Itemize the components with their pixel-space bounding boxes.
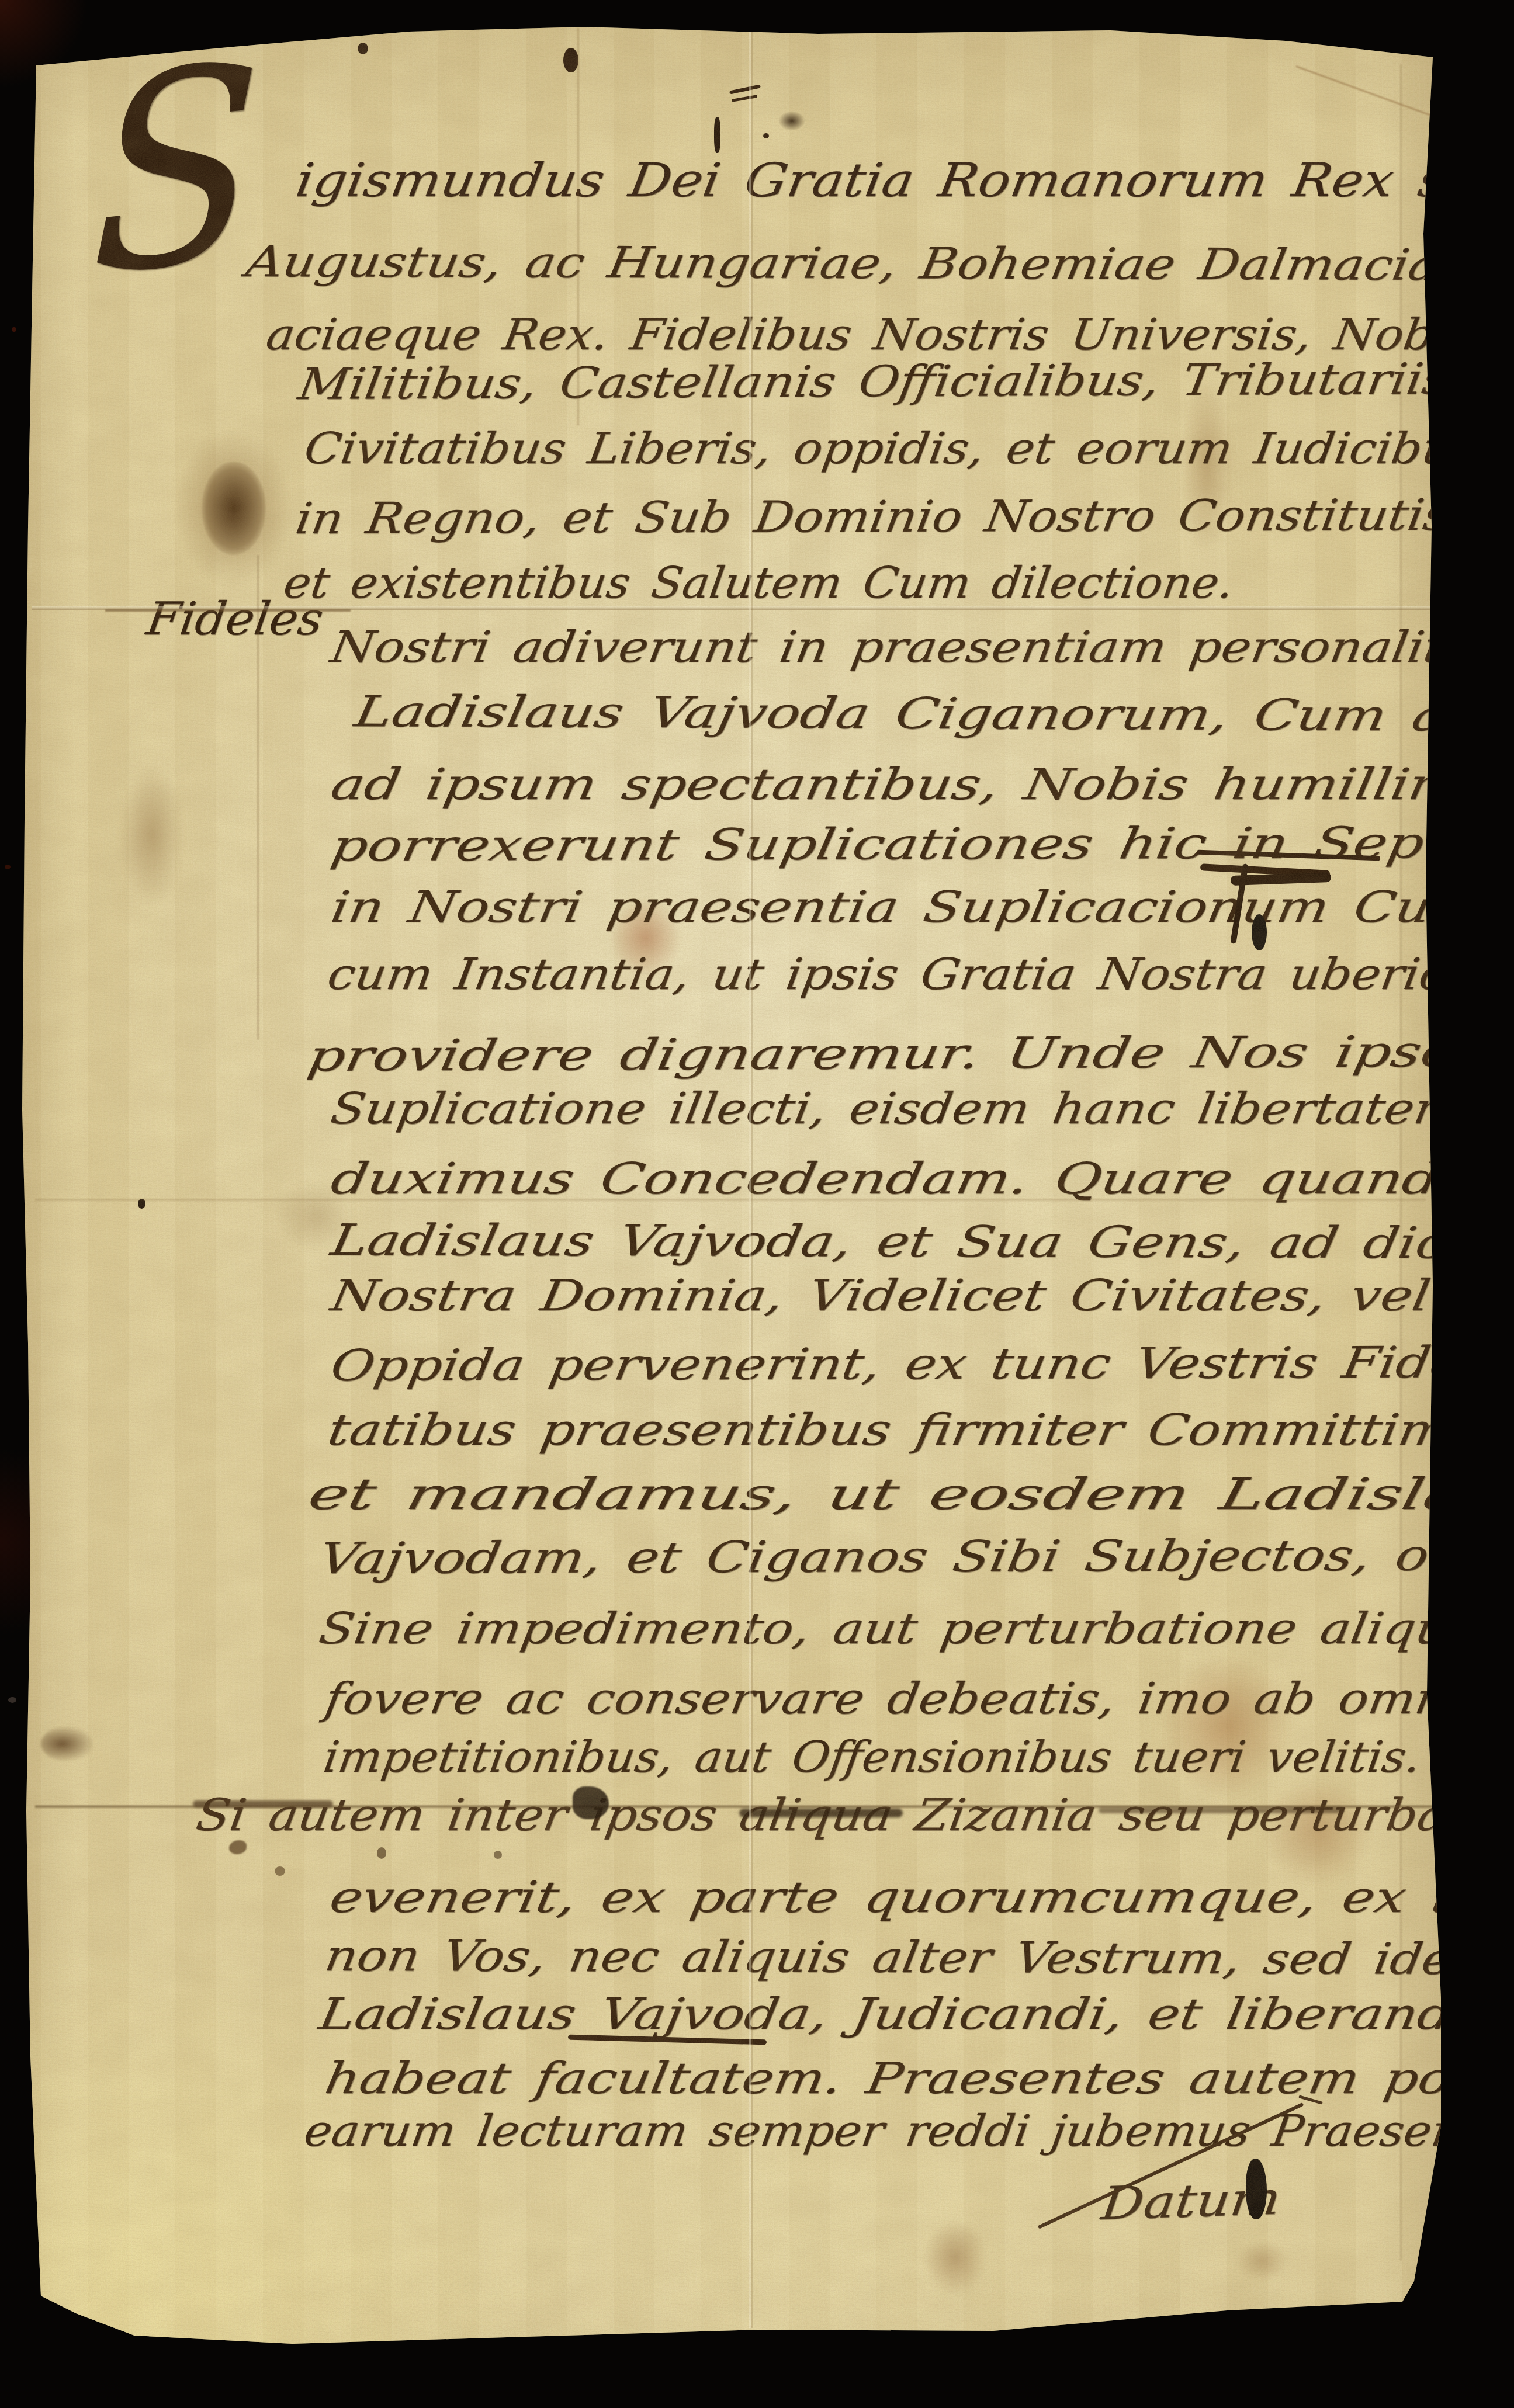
manuscript-line: et mandamus, ut eosdem Ladislaum	[304, 1469, 1514, 1519]
ink-spatter	[494, 1851, 502, 1859]
manuscript-line: igismundus Dei Gratia Romanorum Rex semp…	[292, 153, 1514, 207]
fold-crease-diagonal	[1295, 65, 1443, 120]
manuscript-line: in Regno, et Sub Dominio Nostro Constitu…	[292, 490, 1453, 544]
manuscript-line: impetitionibus, aut Offensionibus tueri …	[320, 1732, 1424, 1782]
manuscript-line: et existentibus Salutem Cum dilectione.	[280, 558, 1237, 608]
film-speck	[5, 865, 11, 869]
stain	[923, 2220, 988, 2296]
stain	[175, 426, 292, 590]
edge-smudge	[41, 1726, 93, 1761]
ink-spatter	[714, 117, 720, 153]
manuscript-line: aciaeque Rex. Fidelibus Nostris Universi…	[263, 310, 1514, 360]
film-speck	[12, 327, 16, 332]
datum-word: Datum	[1099, 2173, 1284, 2230]
insertion-mark	[729, 84, 761, 94]
ink-spatter	[377, 1847, 386, 1859]
manuscript-line: earum lecturam semper reddi jubemus Prae…	[301, 2106, 1514, 2156]
manuscript-line: Nostri adiverunt in praesentiam personal…	[327, 622, 1501, 672]
ink-spatter	[778, 111, 805, 131]
ink-spatter	[229, 1840, 247, 1854]
manuscript-line: in Nostri praesentia Suplicacionum Cum	[327, 882, 1486, 932]
manuscript-line: Ladislaus Vajvoda, Judicandi, et liberan…	[316, 1989, 1473, 2039]
manuscript-line: tatibus praesentibus firmiter Committimu…	[324, 1405, 1514, 1455]
manuscript-line: Militibus, Castellanis Officialibus, Tri…	[295, 354, 1452, 410]
ink-spatter	[358, 43, 368, 54]
ink-spatter	[763, 133, 769, 138]
drop-cap-initial: S	[88, 6, 265, 336]
manuscript-line: Si autem inter ipsos aliqua Zizania seu …	[193, 1789, 1514, 1841]
manuscript-line: Augustus, ac Hungariae, Bohemiae Dalmaci…	[242, 237, 1514, 291]
manuscript-line: duximus Concedendam. Quare quandocumque	[327, 1154, 1514, 1204]
manuscript-line: porrexerunt Suplicationes hic in Sepus	[327, 818, 1494, 871]
film-speck	[8, 1697, 16, 1703]
margin-note: Fideles	[143, 593, 327, 646]
manuscript-line: Civitatibus Liberis, oppidis, et eorum I…	[301, 424, 1481, 474]
manuscript-line: fovere ac conservare debeatis, imo ab om…	[321, 1674, 1514, 1724]
manuscript-line: Oppida pervenerint, ex tunc Vestris Fide…	[327, 1337, 1514, 1391]
manuscript-line: Suplicatione illecti, eisdem hanc libert…	[327, 1084, 1466, 1134]
manuscript-line: evenerit, ex parte quorumcumque, ex tunc	[326, 1872, 1514, 1923]
ink-dot	[138, 1199, 145, 1209]
manuscript-line: providere dignaremur. Unde Nos ipsorum	[304, 1026, 1514, 1081]
manuscript-line: Sine impedimento, aut perturbatione aliq…	[316, 1604, 1514, 1654]
ink-spatter	[275, 1866, 285, 1876]
manuscript-line: Nostra Dominia, Videlicet Civitates, vel	[327, 1271, 1434, 1321]
manuscript-page: S igismundus Dei Gratia Romanorum Rex se…	[0, 0, 1514, 2408]
stain	[120, 765, 184, 905]
manuscript-line: Ladislaus Vajvoda, et Sua Gens, ad dicta	[327, 1215, 1506, 1269]
manuscript-line: Ladislaus Vajvoda Ciganorum, Cum aliis	[351, 686, 1514, 741]
manuscript-line: habeat facultatem. Praesentes autem post	[321, 2053, 1503, 2104]
scan-background: S igismundus Dei Gratia Romanorum Rex se…	[0, 0, 1514, 2408]
manuscript-line: Vajvodam, et Ciganos Sibi Subjectos, omn…	[316, 1530, 1514, 1584]
stain	[202, 462, 266, 555]
stain	[1236, 2240, 1288, 2281]
insertion-mark	[732, 95, 757, 102]
manuscript-line: ad ipsum spectantibus, Nobis humillimas	[327, 759, 1514, 810]
ink-spatter	[563, 48, 578, 72]
manuscript-line: cum Instantia, ut ipsis Gratia Nostra ub…	[324, 949, 1491, 1000]
manuscript-line: non Vos, nec aliquis alter Vestrum, sed …	[321, 1931, 1503, 1984]
